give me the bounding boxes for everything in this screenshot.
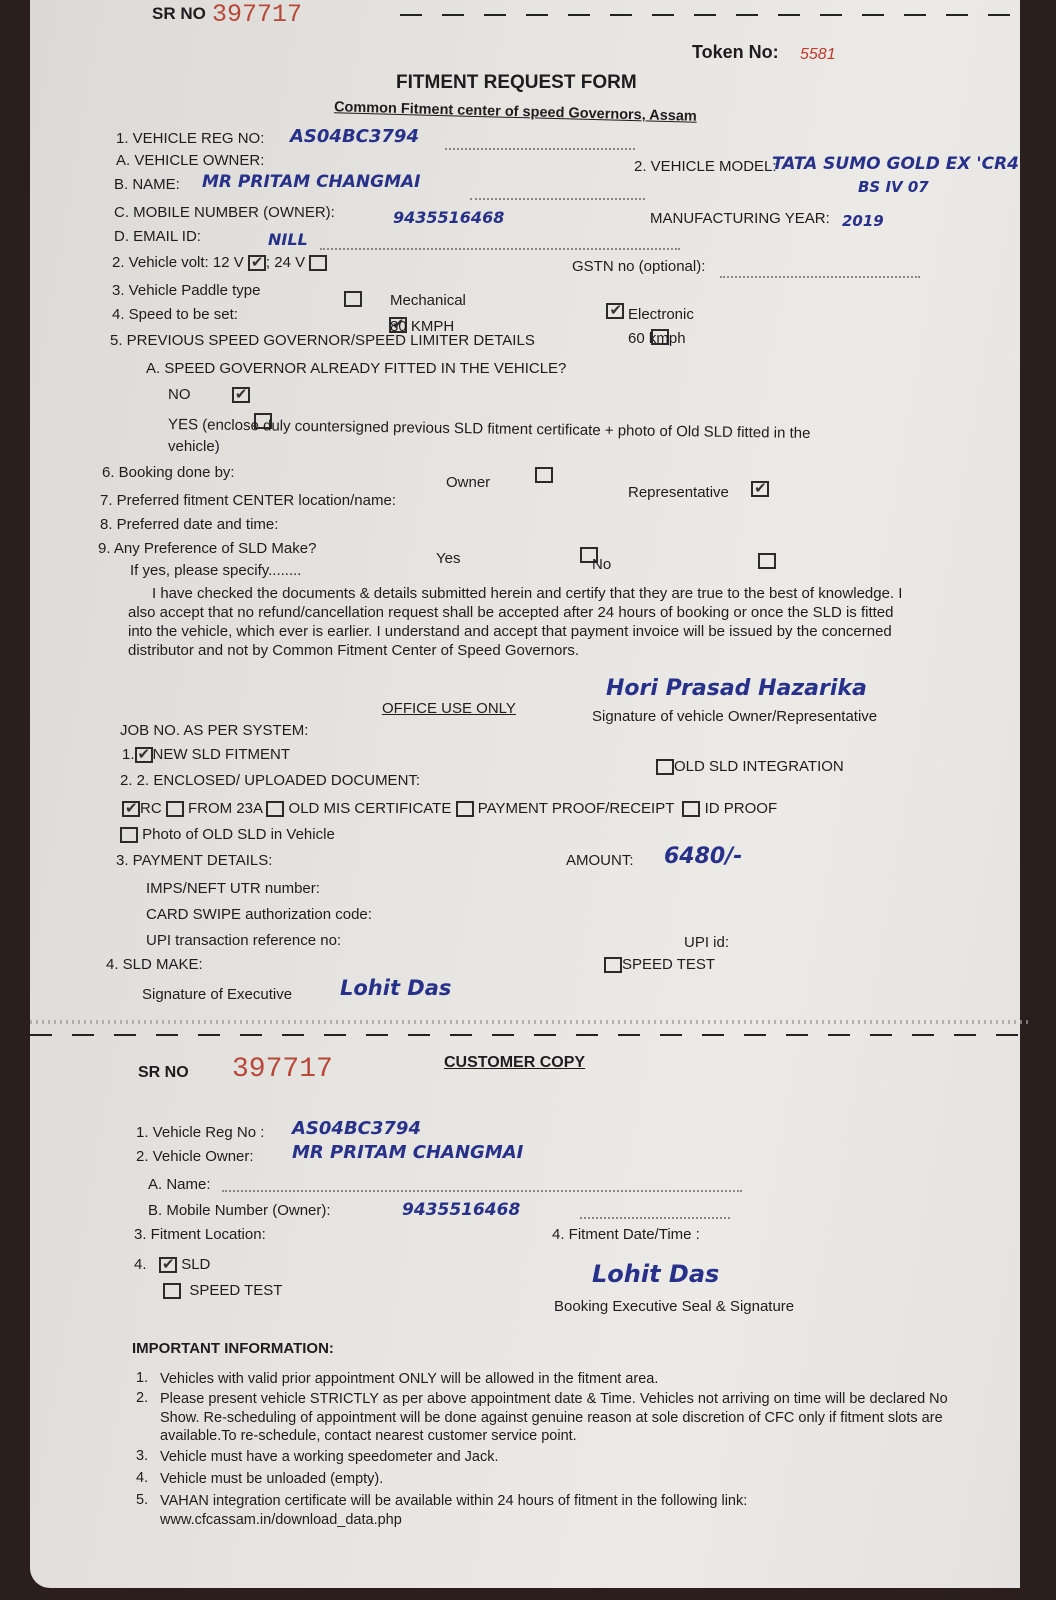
token-label: Token No: xyxy=(692,42,779,63)
dotted-line xyxy=(470,198,645,200)
item4-prefix: 4. xyxy=(134,1256,147,1273)
volt-24-checkbox[interactable] xyxy=(309,255,327,271)
pref-make-yes-label: Yes xyxy=(436,550,460,567)
customer-reg-label: 1. Vehicle Reg No : xyxy=(136,1124,264,1141)
form-title: FITMENT REQUEST FORM xyxy=(396,72,637,94)
center-label: 7. Preferred fitment CENTER location/nam… xyxy=(100,492,396,509)
item-number: 4. xyxy=(136,1470,148,1486)
item-number: 3. xyxy=(136,1448,148,1464)
customer-sr-value: 397717 xyxy=(232,1054,333,1085)
speed-test-label: SPEED TEST xyxy=(622,956,715,973)
paddle-label: 3. Vehicle Paddle type xyxy=(112,282,260,299)
customer-mobile-value: 9435516468 xyxy=(402,1200,520,1220)
paddle-electronic-label: Electronic xyxy=(628,306,694,323)
date-label: 8. Preferred date and time: xyxy=(100,516,278,533)
old-sld-label: OLD SLD INTEGRATION xyxy=(674,758,844,775)
important-item-5: VAHAN integration certificate will be av… xyxy=(160,1492,920,1529)
doc-rc-label: RC xyxy=(140,800,162,817)
volt-label: 2. Vehicle volt: 12 V ; 24 V xyxy=(112,254,327,271)
customer-name-label: A. Name: xyxy=(148,1176,211,1193)
upi-id-label: UPI id: xyxy=(684,934,729,951)
customer-owner-label: 2. Vehicle Owner: xyxy=(136,1148,254,1165)
volt-12-label: 2. Vehicle volt: 12 V xyxy=(112,254,244,271)
doc-form23a-label: FROM 23A xyxy=(188,800,262,817)
exec-sig-value: Lohit Das xyxy=(340,976,451,1000)
vehicle-owner-label: A. VEHICLE OWNER: xyxy=(116,152,264,169)
pref-make-no-label: No xyxy=(592,556,611,573)
customer-signature: Lohit Das xyxy=(592,1260,719,1288)
customer-mobile-label: B. Mobile Number (Owner): xyxy=(148,1202,331,1219)
speed-label: 4. Speed to be set: xyxy=(112,306,238,323)
customer-speedtest-row: SPEED TEST xyxy=(163,1282,282,1299)
paddle-mechanical-checkbox[interactable] xyxy=(344,291,362,307)
gstn-field[interactable] xyxy=(720,276,920,278)
sr-no-value: 397717 xyxy=(212,0,302,29)
customer-reg-value: AS04BC3794 xyxy=(292,1118,421,1139)
imps-label: IMPS/NEFT UTR number: xyxy=(146,880,320,897)
pref-make-specify: If yes, please specify........ xyxy=(130,562,301,579)
previous-label: 5. PREVIOUS SPEED GOVERNOR/SPEED LIMITER… xyxy=(110,332,535,349)
previous-yes-label-cont: vehicle) xyxy=(168,438,220,455)
mobile-label: C. MOBILE NUMBER (OWNER): xyxy=(114,204,335,221)
customer-sld-label: SLD xyxy=(181,1256,210,1273)
dotted-line xyxy=(580,1217,730,1219)
customer-sld-checkbox[interactable] xyxy=(159,1257,177,1273)
old-sld-row: OLD SLD INTEGRATION xyxy=(656,758,844,775)
important-item-2: Please present vehicle STRICTLY as per a… xyxy=(160,1390,960,1446)
customer-heading: CUSTOMER COPY xyxy=(444,1054,585,1072)
email-label: D. EMAIL ID: xyxy=(114,228,201,245)
upi-ref-label: UPI transaction reference no: xyxy=(146,932,341,949)
amount-value: 6480/- xyxy=(664,844,742,869)
booking-representative-label: Representative xyxy=(628,484,729,501)
enclosed-label: 2. 2. ENCLOSED/ UPLOADED DOCUMENT: xyxy=(120,772,420,789)
booking-label: 6. Booking done by: xyxy=(102,464,235,481)
vehicle-model-label: 2. VEHICLE MODEL: xyxy=(634,158,777,175)
item-number: 5. xyxy=(136,1492,148,1508)
speed-test-checkbox[interactable] xyxy=(604,957,622,973)
owner-signature-label: Signature of vehicle Owner/Representativ… xyxy=(592,708,877,725)
doc-id-checkbox[interactable] xyxy=(682,801,700,817)
card-label: CARD SWIPE authorization code: xyxy=(146,906,372,923)
amount-label: AMOUNT: xyxy=(566,852,634,869)
vehicle-reg-value: AS04BC3794 xyxy=(290,126,419,147)
photo-old-checkbox[interactable] xyxy=(120,827,138,843)
docs-row: RC FROM 23A OLD MIS CERTIFICATE PAYMENT … xyxy=(122,800,777,817)
previous-question: A. SPEED GOVERNOR ALREADY FITTED IN THE … xyxy=(146,360,566,377)
booking-owner-checkbox[interactable] xyxy=(535,467,553,483)
doc-rc-checkbox[interactable] xyxy=(122,801,140,817)
mobile-value: 9435516468 xyxy=(393,208,504,227)
customer-signature-label: Booking Executive Seal & Signature xyxy=(554,1298,794,1315)
booking-owner-label: Owner xyxy=(446,474,490,491)
name-value: MR PRITAM CHANGMAI xyxy=(202,172,421,192)
item-number: 1. xyxy=(136,1370,148,1386)
customer-owner-value: MR PRITAM CHANGMAI xyxy=(292,1142,523,1163)
tear-line xyxy=(30,1034,1030,1036)
fitment-date-label: 4. Fitment Date/Time : xyxy=(552,1226,700,1243)
doc-oldmis-label: OLD MIS CERTIFICATE xyxy=(289,800,452,817)
declaration-text: I have checked the documents & details s… xyxy=(128,584,908,660)
sld-make-label: 4. SLD MAKE: xyxy=(106,956,203,973)
important-heading: IMPORTANT INFORMATION: xyxy=(132,1340,334,1357)
customer-speedtest-checkbox[interactable] xyxy=(163,1283,181,1299)
email-value: NILL xyxy=(268,230,308,249)
dotted-line xyxy=(445,148,635,150)
paddle-mechanical-label: Mechanical xyxy=(390,292,466,309)
vehicle-model-value-2: BS IV 07 xyxy=(858,178,929,196)
mfg-year-value: 2019 xyxy=(842,212,884,230)
item-number: 2. xyxy=(136,1390,148,1406)
new-sld-prefix: 1. xyxy=(122,746,135,763)
vehicle-model-value: TATA SUMO GOLD EX 'CR4 xyxy=(772,154,1019,174)
old-sld-checkbox[interactable] xyxy=(656,759,674,775)
doc-payment-checkbox[interactable] xyxy=(456,801,474,817)
fitment-location-label: 3. Fitment Location: xyxy=(134,1226,266,1243)
important-item-3: Vehicle must have a working speedometer … xyxy=(160,1448,960,1467)
customer-name-field[interactable] xyxy=(222,1190,742,1192)
payment-label: 3. PAYMENT DETAILS: xyxy=(116,852,272,869)
doc-oldmis-checkbox[interactable] xyxy=(266,801,284,817)
new-sld-label: NEW SLD FITMENT xyxy=(153,746,291,763)
doc-form23a-checkbox[interactable] xyxy=(166,801,184,817)
booking-representative-checkbox[interactable] xyxy=(751,481,769,497)
dotted-line xyxy=(320,248,680,250)
office-heading: OFFICE USE ONLY xyxy=(382,700,516,717)
doc-payment-label: PAYMENT PROOF/RECEIPT xyxy=(478,800,674,817)
photo-old-row: Photo of OLD SLD in Vehicle xyxy=(120,826,335,843)
photo-old-label: Photo of OLD SLD in Vehicle xyxy=(142,826,335,843)
previous-no-label: NO xyxy=(168,386,191,403)
name-label: B. NAME: xyxy=(114,176,180,193)
pref-make-no-checkbox[interactable] xyxy=(758,553,776,569)
previous-no-checkbox[interactable] xyxy=(232,387,250,403)
customer-sr-label: SR NO xyxy=(138,1064,189,1082)
tear-line xyxy=(400,14,1020,16)
sr-no-label: SR NO xyxy=(152,4,206,24)
customer-speedtest-label: SPEED TEST xyxy=(189,1282,282,1299)
doc-id-label: ID PROOF xyxy=(705,800,778,817)
speed-test-row: SPEED TEST xyxy=(604,956,715,973)
volt-24-label: ; 24 V xyxy=(266,254,305,271)
mfg-year-label: MANUFACTURING YEAR: xyxy=(650,210,830,227)
new-sld-checkbox[interactable] xyxy=(135,747,153,763)
important-item-4: Vehicle must be unloaded (empty). xyxy=(160,1470,960,1489)
customer-sld-row: 4. SLD xyxy=(134,1256,210,1273)
gstn-label: GSTN no (optional): xyxy=(572,258,705,275)
important-item-1: Vehicles with valid prior appointment ON… xyxy=(160,1370,960,1389)
new-sld-row: 1.NEW SLD FITMENT xyxy=(122,746,290,763)
pref-make-label: 9. Any Preference of SLD Make? xyxy=(98,540,316,557)
paddle-electronic-checkbox[interactable] xyxy=(606,303,624,319)
speed-60-label: 60 kmph xyxy=(628,330,686,347)
perforation xyxy=(30,1020,1030,1024)
vehicle-reg-label: 1. VEHICLE REG NO: xyxy=(116,130,264,147)
owner-signature: Hori Prasad Hazarika xyxy=(606,676,867,701)
token-value: 5581 xyxy=(800,46,836,64)
exec-sig-label: Signature of Executive xyxy=(142,986,292,1003)
volt-12-checkbox[interactable] xyxy=(248,255,266,271)
job-no-label: JOB NO. AS PER SYSTEM: xyxy=(120,722,308,739)
